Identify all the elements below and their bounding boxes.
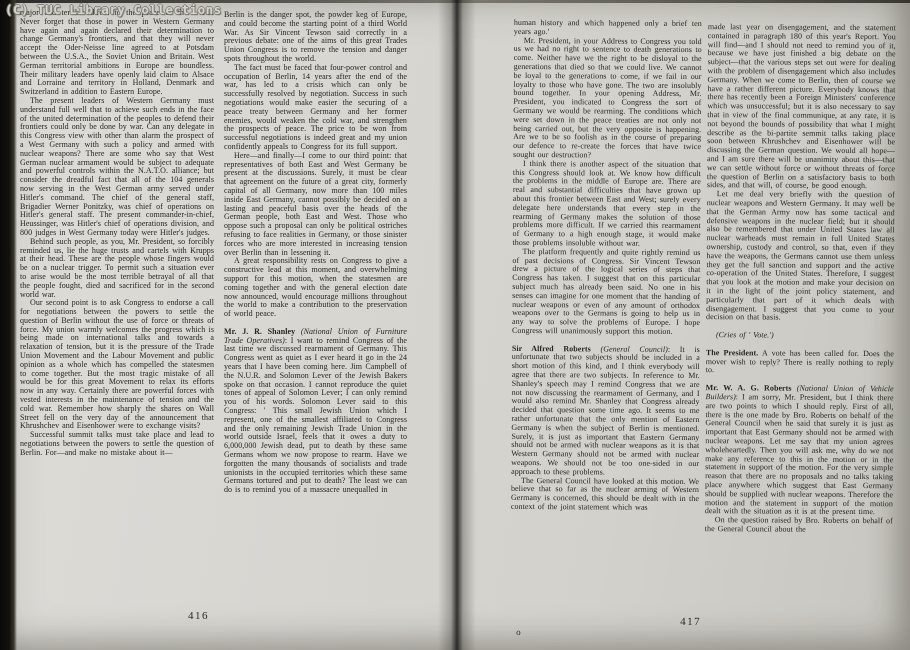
text-segment: made last year on disengagement, and the… <box>707 23 896 190</box>
book-scan: (C) TUC Library Collections major and te… <box>0 0 910 650</box>
paragraph: The platform frequently and quite rightl… <box>512 248 701 337</box>
paragraph: Sir Alfred Roberts (General Council): It… <box>511 345 700 478</box>
paragraph: Let me deal very briefly with the questi… <box>706 190 895 323</box>
text-segment: : I am sorry, Mr. President, but I think… <box>705 392 894 516</box>
text-segment: Our second point is to ask Congress to e… <box>20 298 214 430</box>
paragraph: Here—and finally—I come to our third poi… <box>224 152 407 258</box>
paragraph: (Cries of ' Vote.') <box>706 331 894 341</box>
page-number-left: 416 <box>188 610 209 622</box>
page-right: human history and which happened only a … <box>468 0 910 650</box>
text-segment: human history and which happened only a … <box>514 19 702 36</box>
text-column-1: major and terrible threat to the peace o… <box>20 9 214 587</box>
text-segment: : It is unfortunate that two subjects sh… <box>511 345 700 477</box>
text-segment: The present leaders of Western Germany m… <box>20 96 214 237</box>
paragraph: On the question raised by Bro. Roberts o… <box>705 516 893 535</box>
paragraph: The fact must be faced that four-power c… <box>224 64 407 152</box>
text-segment: The platform frequently and quite rightl… <box>512 247 701 336</box>
text-segment: Here—and finally—I come to our third poi… <box>224 151 407 257</box>
paragraph: The President. A vote has been called fo… <box>706 349 894 377</box>
text-segment: Successful summit talks must take place … <box>20 430 214 457</box>
paragraph: Mr. J. R. Shanley (National Union of Fur… <box>224 328 407 495</box>
text-segment: A great responsibility rests on Congress… <box>224 256 407 318</box>
text-column-3: human history and which happened only a … <box>510 19 702 606</box>
paragraph: Successful summit talks must take place … <box>20 431 214 457</box>
text-column-4: made last year on disengagement, and the… <box>704 23 896 607</box>
text-segment: The fact must be faced that four-power c… <box>224 63 407 151</box>
text-segment: Mr. President, in your Address to Congre… <box>513 36 702 160</box>
text-segment: I think there is another aspect of the s… <box>512 159 701 248</box>
text-column-2: Berlin is the danger spot, the powder ke… <box>224 11 407 591</box>
paragraph: The present leaders of Western Germany m… <box>20 97 214 238</box>
watermark: (C) TUC Library Collections <box>5 2 222 17</box>
text-segment: Berlin is the danger spot, the powder ke… <box>224 11 407 63</box>
paragraph: Mr. W. A. G. Roberts (National Union of … <box>705 384 894 517</box>
scan-left-edge <box>0 0 17 650</box>
paragraph: Berlin is the danger spot, the powder ke… <box>224 11 407 64</box>
text-segment: : I want to remind Congress of the last … <box>224 336 407 495</box>
text-segment: major and terrible threat to the peace o… <box>20 9 214 96</box>
text-segment: Mr. J. R. Shanley <box>224 327 301 336</box>
text-segment: Let me deal very briefly with the questi… <box>706 189 895 322</box>
paragraph: I think there is another aspect of the s… <box>512 160 701 249</box>
text-segment: (Cries of ' Vote.') <box>716 330 774 339</box>
page-left: major and terrible threat to the peace o… <box>16 0 444 650</box>
printers-signature-mark: o <box>516 627 521 637</box>
text-segment: On the question raised by Bro. Roberts o… <box>705 515 893 533</box>
text-segment: Behind such people, as you, Mr. Presiden… <box>20 237 214 299</box>
paragraph: The General Council have looked at this … <box>511 477 699 513</box>
paragraph: made last year on disengagement, and the… <box>707 23 896 191</box>
page-number-right: 417 <box>680 616 701 628</box>
paragraph: Our second point is to ask Congress to e… <box>20 299 214 431</box>
paragraph: A great responsibility rests on Congress… <box>224 257 407 319</box>
paragraph: major and terrible threat to the peace o… <box>20 9 214 97</box>
paragraph: Behind such people, as you, Mr. Presiden… <box>20 238 214 300</box>
text-segment: The General Council have looked at this … <box>511 476 699 512</box>
paragraph: Mr. President, in your Address to Congre… <box>513 37 702 161</box>
